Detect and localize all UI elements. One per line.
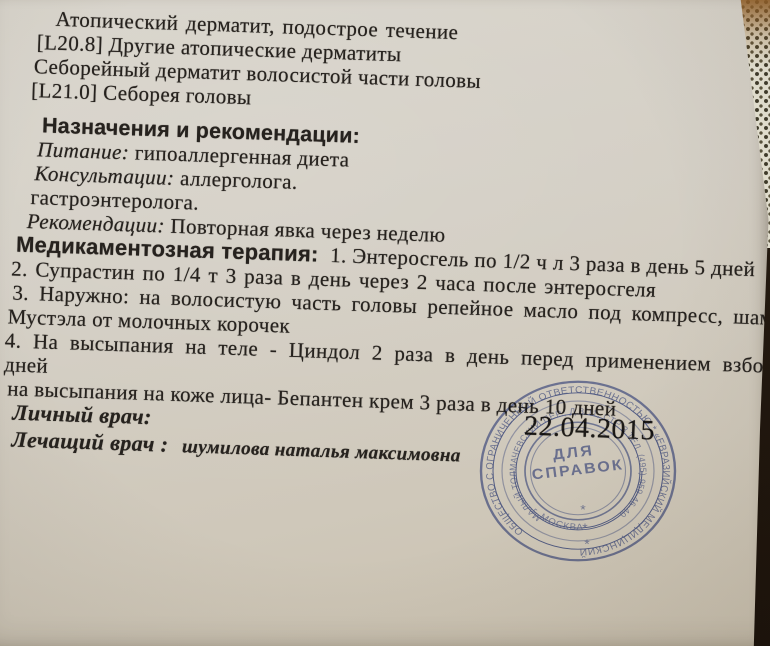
stamp-star-3: *: [584, 537, 590, 551]
svg-text:г. МОСКВА: г. МОСКВА: [530, 505, 584, 532]
stamp-city-text: г. МОСКВА: [530, 505, 584, 532]
document-paper: Атопический дерматит, подострое течение …: [0, 0, 770, 646]
attending-doctor-label: Лечащий врач :: [11, 427, 169, 457]
attending-doctor-name: шумилова наталья максимовна: [182, 436, 461, 466]
photo-scene: Атопический дерматит, подострое течение …: [0, 0, 770, 646]
stamp-center-line-2: СПРАВОК: [531, 457, 625, 484]
stamp-star-1: *: [580, 503, 586, 517]
diet-label: Питание:: [37, 137, 130, 164]
stamp-star-2: *: [582, 521, 588, 535]
clinic-stamp: ОБЩЕСТВО С ОГРАНИЧЕННОЙ ОТВЕТСТВЕННОСТЬЮ…: [467, 369, 689, 573]
